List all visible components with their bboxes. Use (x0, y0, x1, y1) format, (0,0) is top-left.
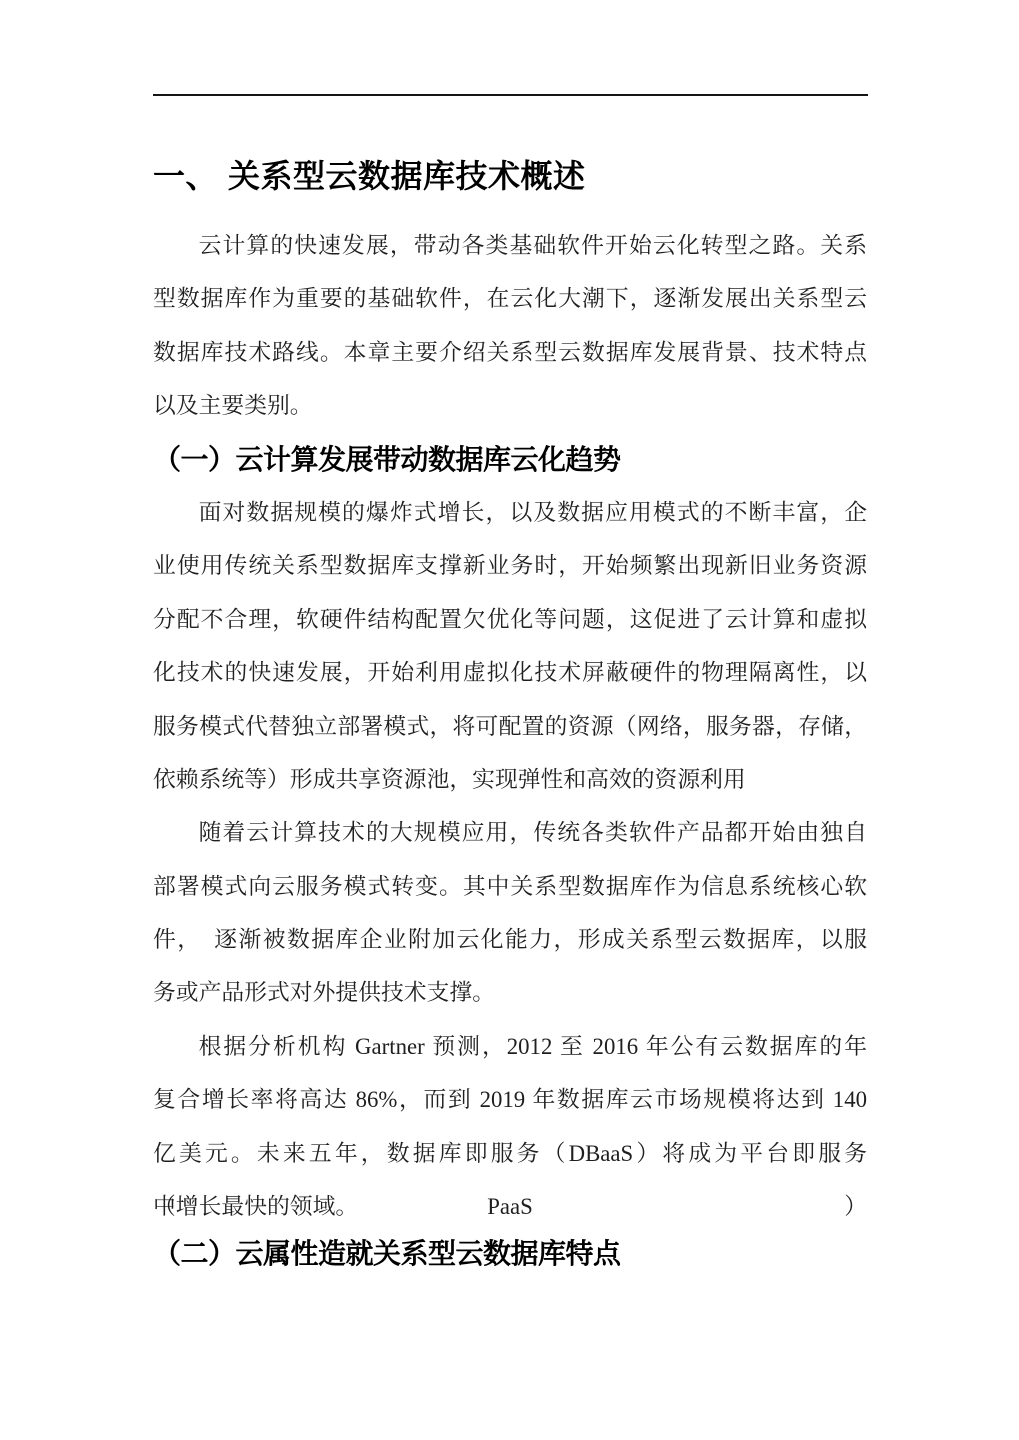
text-line: 件， 逐渐被数据库企业附加云化能力，形成关系型云数据库，以服 (153, 913, 867, 966)
document-page: 一、关系型云数据库技术概述 云计算的快速发展，带动各类基础软件开始云化转型之路。… (0, 0, 1019, 1440)
text-line: 型数据库作为重要的基础软件，在云化大潮下，逐渐发展出关系型云 (153, 272, 867, 325)
document-body: 云计算的快速发展，带动各类基础软件开始云化转型之路。关系 型数据库作为重要的基础… (153, 219, 867, 1287)
text-line: 复合增长率将高达 86%，而到 2019 年数据库云市场规模将达到 140 (153, 1073, 867, 1126)
text-line: 部署模式向云服务模式转变。其中关系型数据库作为信息系统核心软 (153, 860, 867, 913)
text-line: 根据分析机构 Gartner 预测，2012 至 2016 年公有云数据库的年 (153, 1020, 867, 1073)
section-1-paragraph-2: 随着云计算技术的大规模应用，传统各类软件产品都开始由独自 部署模式向云服务模式转… (153, 806, 867, 1020)
text-line: 服务模式代替独立部署模式，将可配置的资源（网络，服务器，存储， (153, 700, 867, 753)
text-line: 化技术的快速发展，开始利用虚拟化技术屏蔽硬件的物理隔离性，以 (153, 646, 867, 699)
text-line: 业使用传统关系型数据库支撑新业务时，开始频繁出现新旧业务资源 (153, 539, 867, 592)
section-1-paragraph-1: 面对数据规模的爆炸式增长，以及数据应用模式的不断丰富，企 业使用传统关系型数据库… (153, 486, 867, 806)
text-line: 分配不合理，软硬件结构配置欠优化等问题，这促进了云计算和虚拟 (153, 593, 867, 646)
section-1-heading: （一）云计算发展带动数据库云化趋势 (153, 433, 867, 486)
text-line: 亿美元。未来五年，数据库即服务（DBaaS）将成为平台即服务（PaaS） (153, 1127, 867, 1180)
text-line: 随着云计算技术的大规模应用，传统各类软件产品都开始由独自 (153, 806, 867, 859)
chapter-number: 一、 (153, 158, 218, 194)
text-line: 务或产品形式对外提供技术支撑。 (153, 966, 867, 1019)
text-line: 数据库技术路线。本章主要介绍关系型云数据库发展背景、技术特点 (153, 326, 867, 379)
section-1-paragraph-3: 根据分析机构 Gartner 预测，2012 至 2016 年公有云数据库的年 … (153, 1020, 867, 1234)
text-line: 以及主要类别。 (153, 379, 867, 432)
chapter-heading: 一、关系型云数据库技术概述 (153, 150, 586, 203)
text-line: 依赖系统等）形成共享资源池，实现弹性和高效的资源利用 (153, 753, 867, 806)
text-line: 面对数据规模的爆炸式增长，以及数据应用模式的不断丰富，企 (153, 486, 867, 539)
page-header-rule (153, 94, 868, 96)
text-line: 云计算的快速发展，带动各类基础软件开始云化转型之路。关系 (153, 219, 867, 272)
chapter-title: 关系型云数据库技术概述 (228, 158, 586, 194)
intro-paragraph: 云计算的快速发展，带动各类基础软件开始云化转型之路。关系 型数据库作为重要的基础… (153, 219, 867, 433)
section-2-heading: （二）云属性造就关系型云数据库特点 (153, 1227, 867, 1280)
